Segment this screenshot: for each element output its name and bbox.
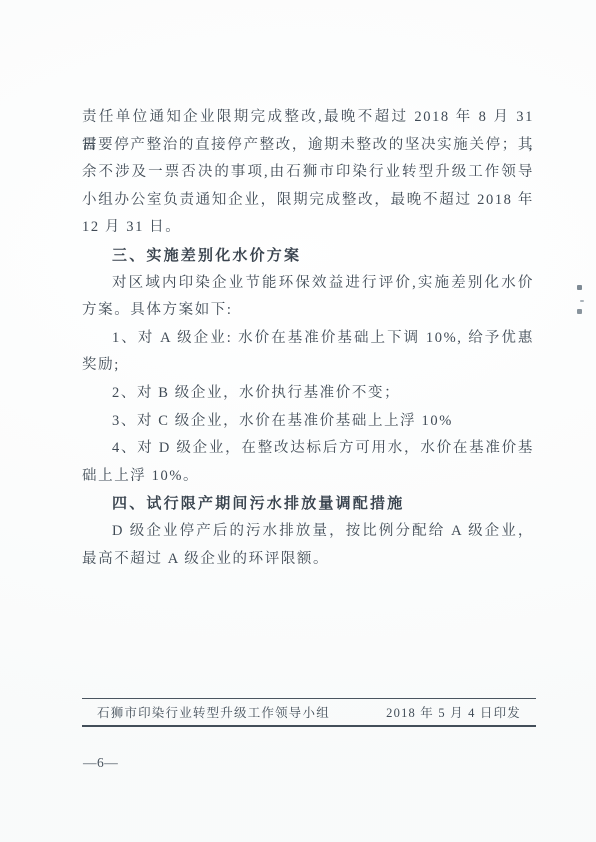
scanned-document-page: 责任单位通知企业限期完成整改,最晚不超过 2018 年 8 月 31 日, 需要…: [0, 0, 596, 842]
text-line: 1、对 A 级企业: 水价在基准价基础上下调 10%, 给予优惠: [82, 325, 534, 353]
text-line: 础上上浮 10%。: [82, 463, 534, 491]
text-line: 对区域内印染企业节能环保效益进行评价,实施差别化水价: [82, 270, 534, 298]
text-line: 奖励;: [82, 352, 534, 380]
print-date: 2018 年 5 月 4 日印发: [386, 703, 521, 721]
scan-artifact: [577, 309, 582, 314]
scan-artifact: [577, 285, 582, 290]
text-line: 2、对 B 级企业，水价执行基准价不变；: [82, 380, 534, 408]
section-heading-3: 三、实施差别化水价方案: [82, 242, 534, 270]
page-number: —6—: [83, 755, 118, 771]
text-line: 余不涉及一票否决的事项,由石狮市印染行业转型升级工作领导: [82, 159, 534, 187]
text-line: D 级企业停产后的污水排放量，按比例分配给 A 级企业，: [82, 518, 534, 546]
text-line: 最高不超过 A 级企业的环评限额。: [82, 546, 534, 574]
text-line: 责任单位通知企业限期完成整改,最晚不超过 2018 年 8 月 31 日,: [82, 104, 534, 132]
document-body: 责任单位通知企业限期完成整改,最晚不超过 2018 年 8 月 31 日, 需要…: [82, 104, 534, 573]
text-line: 4、对 D 级企业，在整改达标后方可用水，水价在基准价基: [82, 435, 534, 463]
text-line: 方案。具体方案如下:: [82, 297, 534, 325]
text-line: 3、对 C 级企业，水价在基准价基础上上浮 10%: [82, 408, 534, 436]
text-line: 12 月 31 日。: [82, 214, 534, 242]
issuer-name: 石狮市印染行业转型升级工作领导小组: [97, 703, 330, 721]
issuance-footer: 石狮市印染行业转型升级工作领导小组 2018 年 5 月 4 日印发: [82, 698, 536, 727]
text-line: 小组办公室负责通知企业，限期完成整改，最晚不超过 2018 年: [82, 187, 534, 215]
text-line: 需要停产整治的直接停产整改，逾期未整改的坚决实施关停；其: [82, 132, 534, 160]
section-heading-4: 四、试行限产期间污水排放量调配措施: [82, 490, 534, 518]
scan-artifact: [580, 300, 584, 302]
